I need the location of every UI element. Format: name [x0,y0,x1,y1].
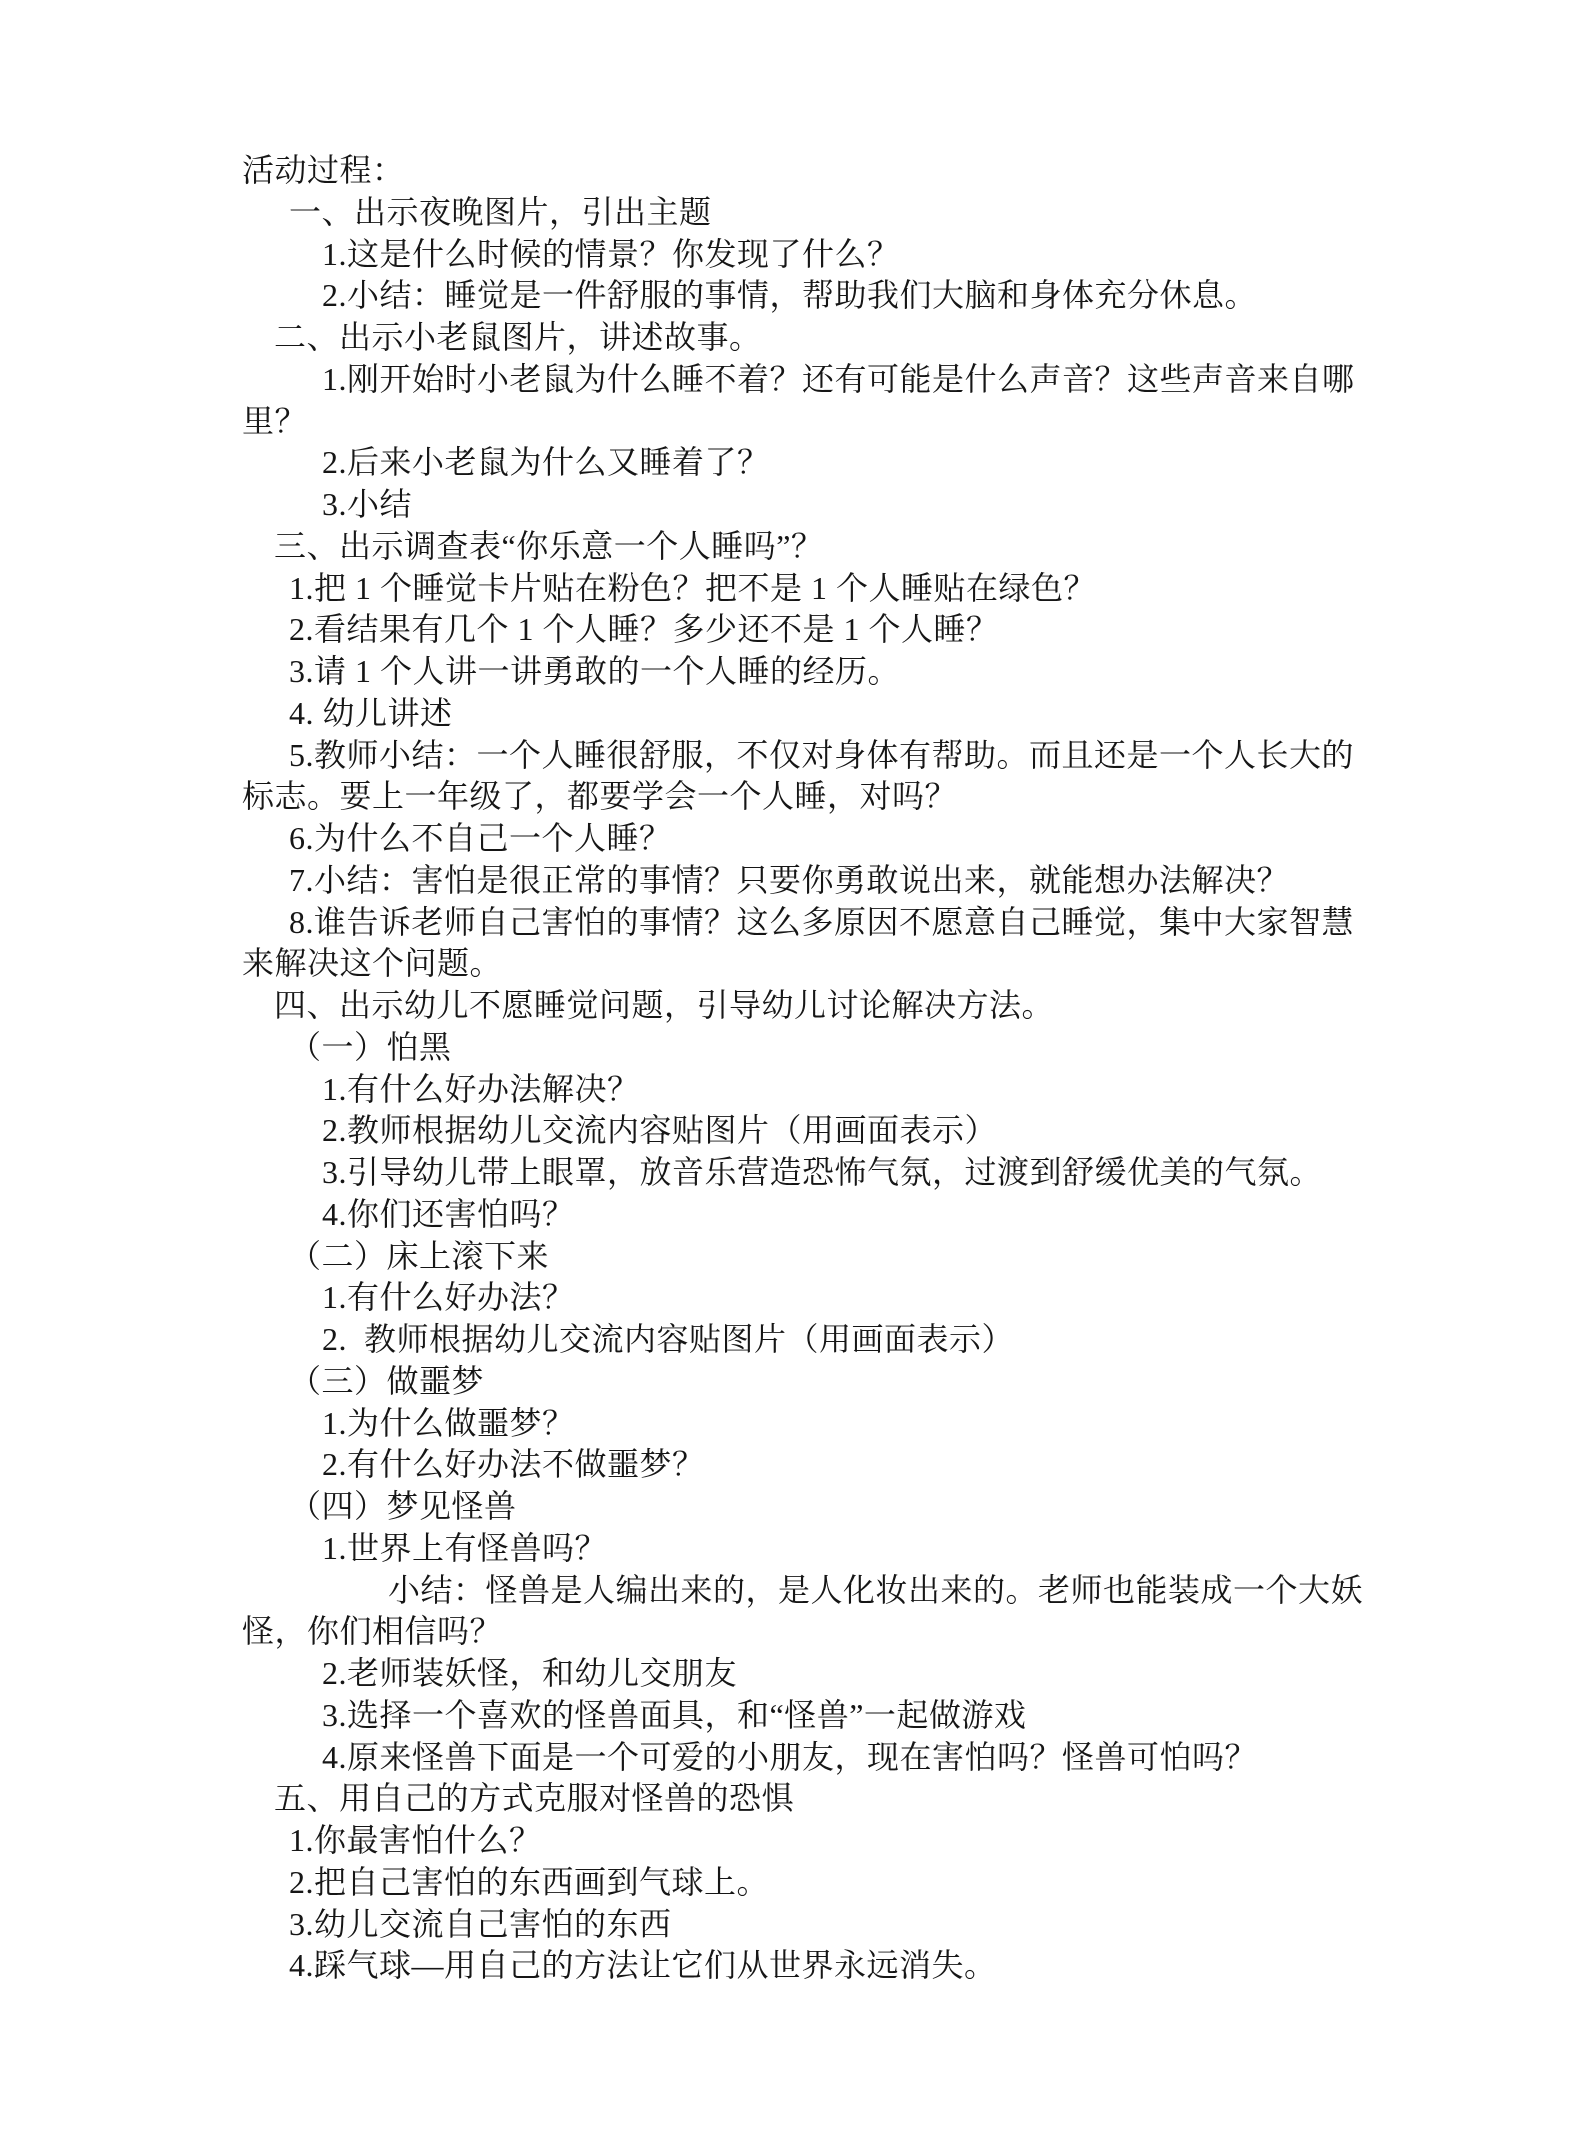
text-line: 8.谁告诉老师自己害怕的事情？这么多原因不愿意自己睡觉，集中大家智慧 [289,902,1422,944]
text-line: 6.为什么不自己一个人睡？ [289,818,1422,860]
text-line: 3.引导幼儿带上眼罩，放音乐营造恐怖气氛，过渡到舒缓优美的气氛。 [322,1152,1422,1194]
text-line: 7.小结：害怕是很正常的事情？只要你勇敢说出来，就能想办法解决？ [289,860,1422,902]
text-line: 3.幼儿交流自己害怕的东西 [289,1904,1422,1946]
text-line: 4.踩气球—用自己的方法让它们从世界永远消失。 [289,1945,1422,1987]
text-line: 1.世界上有怪兽吗？ [322,1528,1422,1570]
text-line: 4.原来怪兽下面是一个可爱的小朋友，现在害怕吗？怪兽可怕吗？ [322,1737,1422,1779]
text-line: 来解决这个问题。 [242,943,1422,985]
text-line: 2.老师装妖怪，和幼儿交朋友 [322,1653,1422,1695]
document-page: 活动过程：一、出示夜晚图片，引出主题1.这是什么时候的情景？你发现了什么？2.小… [0,0,1587,2138]
document-heading: 活动过程： [242,150,1422,192]
text-line: 五、用自己的方式克服对怪兽的恐惧 [274,1778,1422,1820]
text-line: 2.小结：睡觉是一件舒服的事情，帮助我们大脑和身体充分休息。 [322,275,1422,317]
text-line: 2. 教师根据幼儿交流内容贴图片（用画面表示） [322,1319,1422,1361]
text-line: 2.有什么好办法不做噩梦？ [322,1444,1422,1486]
text-line: 3.请 1 个人讲一讲勇敢的一个人睡的经历。 [289,651,1422,693]
text-line: 1.有什么好办法？ [322,1277,1422,1319]
text-line: 三、出示调查表“你乐意一个人睡吗”？ [274,526,1422,568]
text-line: 3.小结 [322,484,1422,526]
text-line: 1.把 1 个睡觉卡片贴在粉色？把不是 1 个人睡贴在绿色？ [289,568,1422,610]
text-line: 2.看结果有几个 1 个人睡？多少还不是 1 个人睡？ [289,609,1422,651]
document-body: 活动过程：一、出示夜晚图片，引出主题1.这是什么时候的情景？你发现了什么？2.小… [242,150,1422,1987]
text-line: 1.有什么好办法解决？ [322,1069,1422,1111]
text-line: 怪，你们相信吗？ [242,1611,1422,1653]
text-line: （四）梦见怪兽 [289,1486,1422,1528]
text-line: （一）怕黑 [289,1027,1422,1069]
text-line: 1.你最害怕什么？ [289,1820,1422,1862]
text-line: 小结：怪兽是人编出来的，是人化妆出来的。老师也能装成一个大妖 [388,1570,1422,1612]
text-line: 4.你们还害怕吗？ [322,1194,1422,1236]
text-line: 二、出示小老鼠图片，讲述故事。 [274,317,1422,359]
text-line: 2.教师根据幼儿交流内容贴图片（用画面表示） [322,1110,1422,1152]
text-line: （二）床上滚下来 [289,1236,1422,1278]
text-line: 四、出示幼儿不愿睡觉问题，引导幼儿讨论解决方法。 [274,985,1422,1027]
text-line: 里？ [242,401,1422,443]
text-line: 1.刚开始时小老鼠为什么睡不着？还有可能是什么声音？这些声音来自哪 [322,359,1422,401]
text-line: 1.这是什么时候的情景？你发现了什么？ [322,234,1422,276]
text-line: 标志。要上一年级了，都要学会一个人睡，对吗？ [242,776,1422,818]
text-line: 5.教师小结：一个人睡很舒服，不仅对身体有帮助。而且还是一个人长大的 [289,735,1422,777]
text-line: 2.后来小老鼠为什么又睡着了？ [322,442,1422,484]
text-line: 一、出示夜晚图片，引出主题 [289,192,1422,234]
text-line: 2.把自己害怕的东西画到气球上。 [289,1862,1422,1904]
text-line: （三）做噩梦 [289,1361,1422,1403]
text-line: 4. 幼儿讲述 [289,693,1422,735]
text-line: 3.选择一个喜欢的怪兽面具，和“怪兽”一起做游戏 [322,1695,1422,1737]
text-line: 1.为什么做噩梦？ [322,1403,1422,1445]
